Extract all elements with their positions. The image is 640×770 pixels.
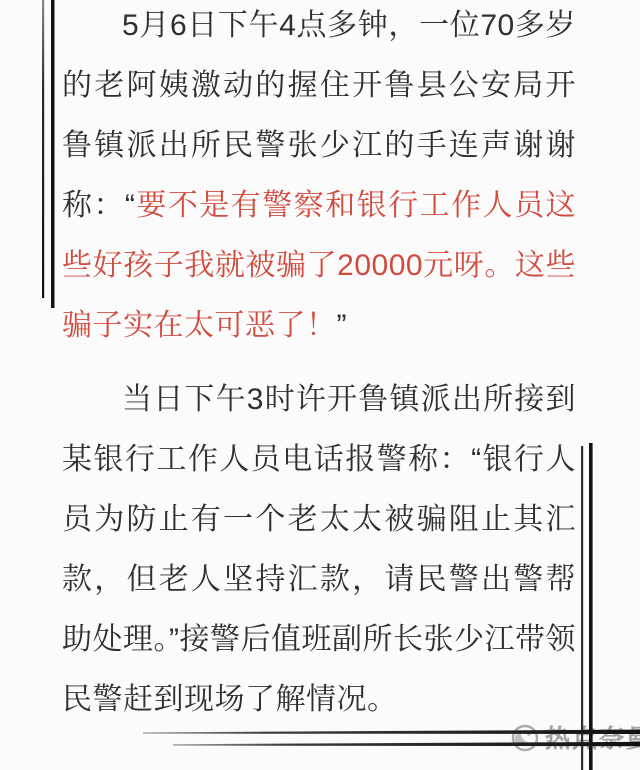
article-body: 5月6日下午4点多钟，一位70多岁的老阿姨激动的握住开鲁县公安局开鲁镇派出所民警… bbox=[62, 0, 576, 730]
paragraph-1-highlight-quote: 要不是有警察和银行工作人员这些好孩子我就被骗了20000元呀。这些骗子实在太可恶… bbox=[62, 189, 576, 342]
article-page: 热点奈曼 bbox=[0, 0, 640, 770]
paragraph-2-text: 当日下午3时许开鲁镇派出所接到某银行工作人员电话报警称：“银行人员为防止有一个老… bbox=[62, 383, 576, 716]
paragraph-1-closing-quote: ” bbox=[337, 309, 348, 342]
left-double-rule bbox=[42, 0, 55, 308]
paragraph-2: 当日下午3时许开鲁镇派出所接到某银行工作人员电话报警称：“银行人员为防止有一个老… bbox=[62, 370, 576, 730]
paragraph-1: 5月6日下午4点多钟，一位70多岁的老阿姨激动的握住开鲁县公安局开鲁镇派出所民警… bbox=[62, 0, 576, 356]
